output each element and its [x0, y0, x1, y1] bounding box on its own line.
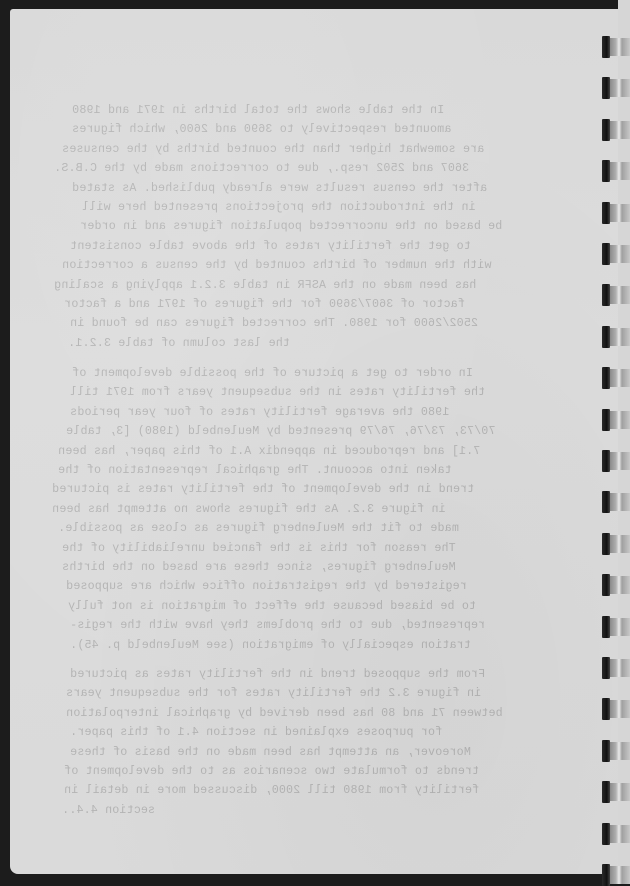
ring-wire [610, 411, 630, 429]
punch-hole [602, 450, 610, 472]
binding-ring [602, 202, 630, 224]
text-line: made to fit the Meulenberg figures as cl… [58, 522, 459, 535]
punch-hole [602, 284, 610, 306]
text-line: are somewhat higher than the counted bir… [62, 143, 484, 156]
punch-hole [602, 533, 610, 555]
punch-hole [602, 77, 610, 99]
text-line: represented, due to the problems they ha… [70, 619, 485, 632]
text-line: 70/73, 73/76, 76/79 presented by Meulenb… [66, 425, 495, 438]
ring-wire [610, 245, 630, 263]
text-line: section 4.4.. [62, 804, 155, 817]
text-line: In the table shows the total births in 1… [72, 104, 444, 117]
text-line: trends to formulate two scenarios as to … [64, 765, 479, 778]
ring-wire [610, 700, 630, 718]
text-line: amounted respectively to 3690 and 2600, … [72, 123, 451, 136]
punch-hole [602, 119, 610, 141]
punch-hole [602, 781, 610, 803]
text-line: has been made on the ASFR in table 3.2.1… [54, 279, 476, 292]
text-line: after the census results were already pu… [72, 182, 487, 195]
ring-wire [610, 79, 630, 97]
binding-ring [602, 698, 630, 720]
ring-wire [610, 38, 630, 56]
text-line: From the supposed trend in the fertility… [70, 668, 485, 681]
ring-wire [610, 866, 630, 884]
punch-hole [602, 616, 610, 638]
text-line: in figure 3.2. As the figures shows no a… [52, 503, 446, 516]
ring-wire [610, 783, 630, 801]
binding-ring [602, 367, 630, 389]
text-line: the fertility rates in the subsequent ye… [70, 386, 485, 399]
binding-ring [602, 409, 630, 431]
punch-hole [602, 202, 610, 224]
text-line: 7.1] and reproduced in appendix A.1 of t… [58, 445, 480, 458]
text-line: factor of 3607/3690 for the figures of 1… [64, 298, 465, 311]
punch-hole [602, 409, 610, 431]
punch-hole [602, 574, 610, 596]
text-line: 3607 and 2502 resp., due to corrections … [54, 162, 469, 175]
punch-hole [602, 740, 610, 762]
binding-ring [602, 574, 630, 596]
punch-hole [602, 823, 610, 845]
text-line: Moreover, an attempt has been made on th… [70, 746, 471, 759]
text-line: The reason for this is the fancied unrel… [62, 542, 456, 555]
text-line: with the number of births counted by the… [62, 259, 491, 272]
text-line: the last column of table 3.2.1. [68, 337, 290, 350]
binding-ring [602, 284, 630, 306]
punch-hole [602, 243, 610, 265]
text-line: 2502/2600 for 1980. The corrected figure… [70, 317, 478, 330]
binding-ring [602, 326, 630, 348]
punch-hole [602, 491, 610, 513]
text-line: tration especially of emigration (see Me… [70, 639, 471, 652]
text-line: registered by the registration office wh… [66, 580, 467, 593]
text-line: between 71 and 80 has been derived by gr… [66, 707, 503, 720]
binding-ring [602, 657, 630, 679]
binding-ring [602, 119, 630, 141]
ring-wire [610, 618, 630, 636]
punch-hole [602, 36, 610, 58]
ring-wire [610, 121, 630, 139]
binding-ring [602, 243, 630, 265]
binding-ring [602, 450, 630, 472]
binding-ring [602, 533, 630, 555]
punch-hole [602, 698, 610, 720]
text-line: 1980 the average fertility rates of four… [70, 406, 449, 419]
binding-ring [602, 864, 630, 884]
binding-ring [602, 823, 630, 845]
text-line: fertility from 1980 till 2000, discussed… [64, 784, 479, 797]
ring-wire [610, 162, 630, 180]
text-line: to be biased because the effect of migra… [68, 600, 476, 613]
scanned-page: In the table shows the total births in 1… [10, 9, 618, 874]
binding-ring [602, 36, 630, 58]
binding-ring [602, 740, 630, 762]
text-line: Meulenberg figures, since these are base… [62, 561, 456, 574]
text-line: taken into account. The graphical repres… [58, 464, 452, 477]
ring-wire [610, 535, 630, 553]
text-line: for purposes explained in section 4.1 of… [70, 726, 442, 739]
ring-wire [610, 825, 630, 843]
ring-wire [610, 452, 630, 470]
binding-ring [602, 616, 630, 638]
ring-wire [610, 286, 630, 304]
text-line: be based on the uncorrected population f… [80, 220, 502, 233]
bleed-through-text: In the table shows the total births in 1… [10, 9, 618, 874]
punch-hole [602, 657, 610, 679]
text-line: to get the fertility rates of the above … [70, 240, 471, 253]
punch-hole [602, 367, 610, 389]
text-line: trend in the development of the fertilit… [52, 483, 474, 496]
ring-wire [610, 576, 630, 594]
ring-wire [610, 369, 630, 387]
text-line: in figure 3.2 the fertility rates for th… [66, 687, 481, 700]
ring-wire [610, 742, 630, 760]
ring-wire [610, 328, 630, 346]
punch-hole [602, 864, 610, 884]
ring-wire [610, 659, 630, 677]
punch-hole [602, 160, 610, 182]
punch-hole [602, 326, 610, 348]
binding-ring [602, 781, 630, 803]
ring-wire [610, 493, 630, 511]
ring-wire [610, 204, 630, 222]
binding-ring [602, 160, 630, 182]
text-line: In order to get a picture of the possibl… [72, 367, 473, 380]
binding-ring [602, 491, 630, 513]
binding-ring [602, 77, 630, 99]
text-line: in the introduction the projections pres… [82, 201, 476, 214]
